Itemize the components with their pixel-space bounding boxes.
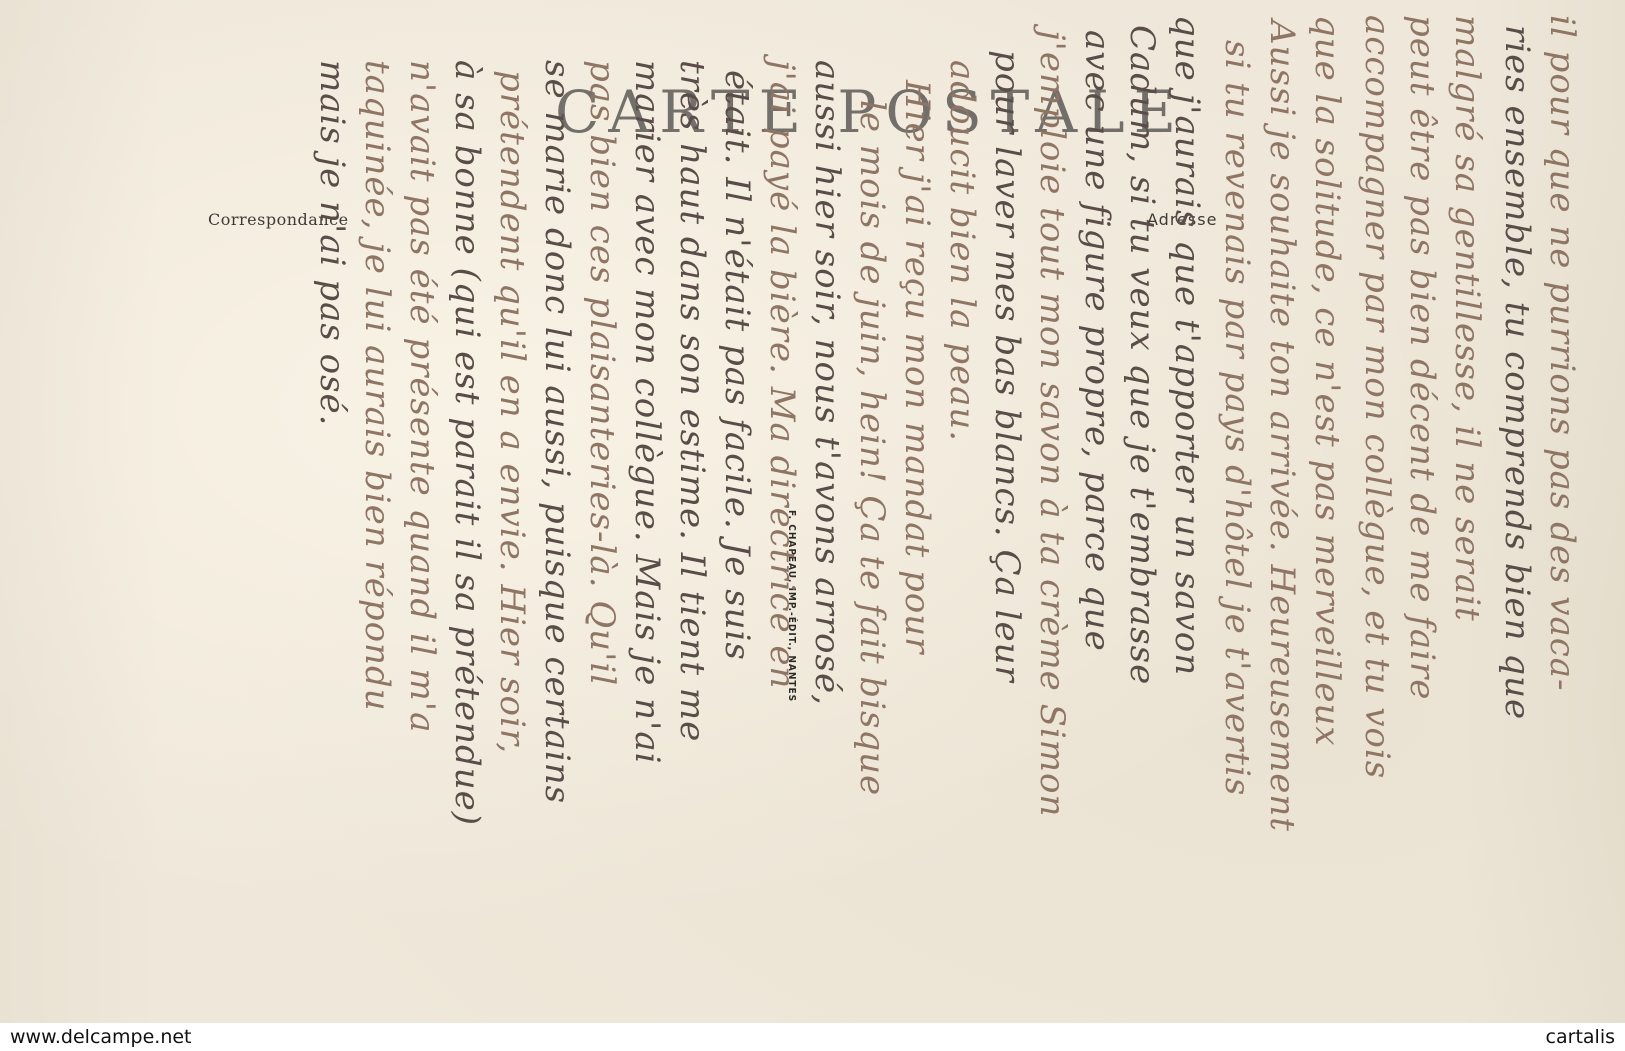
handwritten-line: pas bien ces plaisanteries-là. Qu'il (585, 60, 619, 686)
source-watermark-right: cartalis (1546, 1026, 1615, 1048)
handwritten-line: j'ai payé la bière. Ma directrice en (765, 60, 799, 689)
handwritten-line: il pour que ne purrions pas des vaca- (1545, 15, 1579, 692)
handwritten-message: il pour que ne purrions pas des vaca-rie… (0, 0, 1625, 1023)
handwritten-line: était. Il n'était pas facile. Je suis (720, 70, 754, 661)
handwritten-line: adoucit bien la peau. (945, 60, 979, 442)
source-watermark-left: www.delcampe.net (10, 1026, 192, 1048)
handwritten-line: que j'aurais que t'apporter un savon (1170, 15, 1204, 676)
handwritten-line: avec une figure propre, parce que (1080, 30, 1114, 652)
handwritten-line: le mois de juin, hein! Ça te fait bisque (855, 100, 889, 796)
handwritten-line: peut être pas bien décent de me faire (1405, 15, 1439, 700)
handwritten-line: ries ensemble, tu comprends bien que (1500, 25, 1534, 720)
handwritten-line: pour laver mes bas blancs. Ça leur (990, 50, 1024, 683)
handwritten-line: aussi hier soir, nous t'avons arrosé, (810, 60, 844, 706)
handwritten-line: que la solitude, ce n'est pas merveilleu… (1310, 15, 1344, 747)
watermark-bar: www.delcampe.net cartalis (0, 1023, 1625, 1051)
handwritten-line: à sa bonne (qui est parait il sa prétend… (450, 60, 484, 826)
handwritten-line: Cadum, si tu veux que je t'embrasse (1125, 25, 1159, 685)
postcard-back: CARTE POSTALE Correspondance Adresse F. … (0, 0, 1625, 1023)
handwritten-line: accompagner par mon collègue, et tu vois (1360, 15, 1394, 779)
handwritten-line: très haut dans son estime. Il tient me (675, 60, 709, 742)
handwritten-line: prétendent qu'il en a envie. Hier soir, (495, 70, 529, 754)
handwritten-line: n'avait pas été présente quand il m'a (405, 60, 439, 733)
handwritten-line: j'emploie tout mon savon à ta crème Simo… (1035, 30, 1069, 817)
handwritten-line: taquinée, je lui aurais bien répondu (360, 60, 394, 712)
handwritten-line: Hier j'ai reçu mon mandat pour (900, 80, 934, 654)
handwritten-line: Aussi je souhaite ton arrivée. Heureusem… (1265, 20, 1299, 832)
handwritten-line: si tu revenais par pays d'hôtel je t'ave… (1220, 40, 1254, 796)
handwritten-line: mais je n'ai pas osé. (315, 60, 349, 426)
handwritten-line: se marie donc lui aussi, puisque certain… (540, 60, 574, 804)
handwritten-line: marier avec mon collègue. Mais je n'ai (630, 60, 664, 765)
handwritten-line: malgré sa gentillesse, il ne serait (1450, 15, 1484, 622)
